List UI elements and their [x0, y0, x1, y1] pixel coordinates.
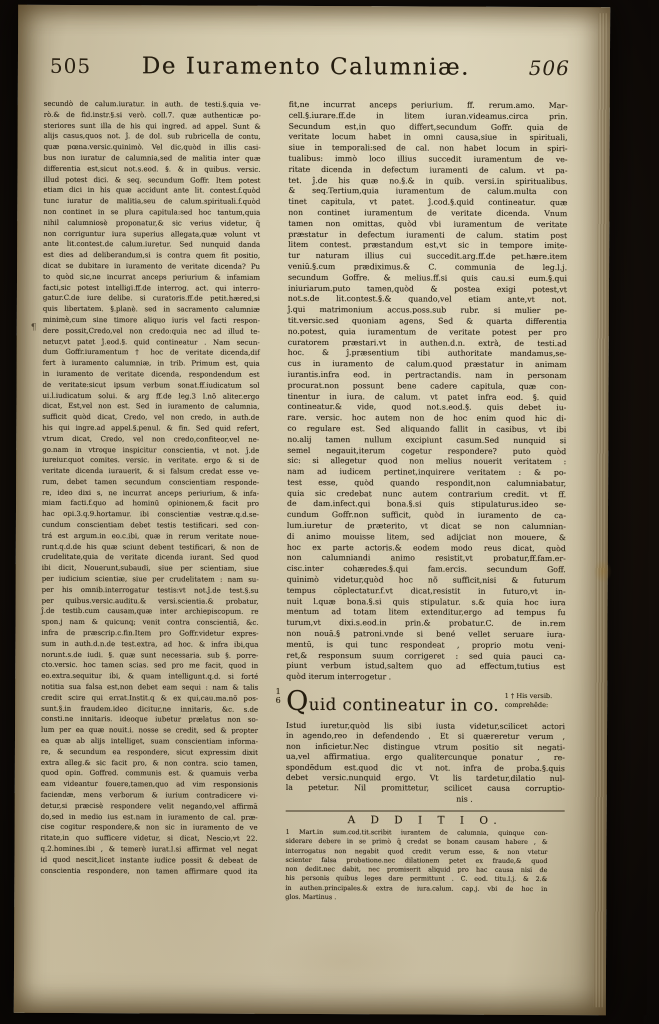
- right-text-column: fit,ne incurrat anceps periurium. ff. re…: [285, 100, 567, 903]
- text-line: tempus cōplectatur.f.vt dicat,resistit i…: [287, 586, 566, 598]
- text-line: rum, debet tamen secundum conscientiam r…: [42, 477, 259, 489]
- text-line: re, & secundum ea respondere, sicut expr…: [41, 747, 258, 759]
- text-line: veniū.§.cum prædiximus.& C. communia de …: [288, 262, 567, 274]
- text-line: dicat se dubitare in iuramento de verita…: [43, 261, 260, 273]
- margin-number-digit: 1: [273, 687, 283, 696]
- paragraph-closing-line: quòd iterum interrogetur .: [286, 672, 565, 684]
- text-line: no.alij tamen nullum excipiunt casum.Sed…: [287, 435, 566, 447]
- text-line: secundò de calum.iuratur. in auth. de te…: [44, 99, 261, 111]
- footnote-last-line: glos. Martinus .: [285, 893, 564, 903]
- book-page: 505 De Iuramento Calumniæ. 506 ¶ secundò…: [14, 5, 610, 1016]
- section-heading: Quid contineatur in co.: [286, 687, 499, 721]
- section-body: Istud iuretur,quòd lis sibi iusta videtu…: [286, 721, 565, 805]
- text-line: infra de præscrip.c.fin.Item pro Goffr.v…: [41, 628, 258, 640]
- footnote-line: his personis quibus leges dare permittun…: [285, 874, 547, 884]
- text-line: tamen non omittas, quòd vbi iuramentum d…: [288, 219, 567, 231]
- text-line: q.2.homines.ibi , & temerè iurat.l.si af…: [40, 844, 257, 856]
- text-line: in iuramento de veritate dicenda, respon…: [43, 369, 260, 381]
- footnote-divider-rule: [286, 811, 565, 812]
- text-line: mentū, is qui tunc respondeat , proprio …: [286, 640, 565, 652]
- text-line: nihil calumniosè proponatur,& sic verius…: [43, 218, 260, 230]
- text-line: sufficit quòd dicat, Credo, vel non cred…: [42, 412, 259, 424]
- text-line: notitia sua falsa est,non debet eam sequ…: [41, 682, 258, 694]
- hyphenated-line-end: nis .: [286, 794, 565, 806]
- text-line: test esse, quòd quando respondit,non cal…: [287, 478, 566, 490]
- section-margin-number: 1 6: [273, 687, 283, 705]
- text-line: non continet in se plura capitula:sed ho…: [43, 207, 260, 219]
- text-line: ritate dicenda in defectum iuramenti de …: [288, 165, 567, 177]
- text-line: detur,si præcisè respondere velit negand…: [41, 801, 258, 813]
- left-text-column: secundò de calum.iuratur. in auth. de te…: [40, 99, 260, 877]
- margin-pilcrow-mark: ¶: [31, 323, 37, 333]
- text-line: cell.§.iurare.ff.de in litem iuran.videa…: [289, 111, 568, 123]
- text-line: de veritate:sicut ipsum verbum sonat.ff.…: [43, 380, 260, 392]
- text-line: sum in auth.d.n.de test.extra, ad hoc. &…: [41, 639, 258, 651]
- page-number-left: 505: [42, 54, 122, 78]
- text-line: faciendæ, mens verborum & iurium contrad…: [41, 790, 258, 802]
- heading-sidenote: 1 † His versib. comprehẽde:: [502, 688, 553, 710]
- text-line: rò.& de fid.instr.§.si verò. coll.7. quæ…: [44, 110, 261, 122]
- text-line: secundum Goffre. & melius.ff.si quis cau…: [288, 273, 567, 285]
- text-line: vtrum dicat, Credo, vel non credo,confit…: [42, 434, 259, 446]
- text-line: ua,vel affirmatiua. ergo qualitercunque …: [286, 752, 565, 764]
- additio-footnote-block: A D D I T I O. 1 Mart.in sum.cod.tit.scr…: [285, 810, 564, 903]
- text-line: his qui ingre.ad appel.§.penul. & fin. S…: [42, 423, 259, 435]
- foxing-stain: [594, 559, 612, 583]
- text-line: dere possit,Credo,vel non credo:quia nec…: [43, 326, 260, 338]
- page-edge-texture: [594, 13, 607, 1007]
- text-line: ea quæ ab alijs intelliget, suam conscie…: [41, 736, 258, 748]
- margin-number-digit: 6: [273, 696, 283, 705]
- text-line: to quòd sic,ne incurrat anceps periurium…: [43, 272, 260, 284]
- text-line: veritate dicenda iurauerit, & si falsum …: [42, 466, 259, 478]
- text-line: iurantis.infra eod. in pertractandis. na…: [288, 370, 567, 382]
- text-line: quis libertatem. §.planè. sed in sacrame…: [43, 304, 260, 316]
- page-header: 505 De Iuramento Calumniæ. 506: [42, 53, 570, 95]
- running-title: De Iuramento Calumniæ.: [122, 53, 490, 81]
- section-heading-row: 1 6 Quid contineatur in co. 1 † His vers…: [286, 687, 565, 720]
- text-line: trá est argum.in eo.c.ibi, quæ in rerum …: [42, 531, 259, 543]
- text-line: tit.versic.sed quoniam agens, Sed & quar…: [288, 316, 567, 328]
- text-line: per iudicium scientiæ, siue per crudelit…: [42, 574, 259, 586]
- text-line: procurat.non possunt bene cadere capitul…: [288, 381, 567, 393]
- additio-header: A D D I T I O.: [286, 814, 565, 827]
- text-line: per his omnib.interrogatur testis:vt not…: [42, 585, 259, 597]
- text-line: fert à iuramento calumniæ, in trib. Prim…: [43, 358, 260, 370]
- text-line: di animo mouisse litem, sed adijciat non…: [287, 532, 566, 544]
- text-line: minimè,cum sine timore aliquo iuris vel …: [43, 315, 260, 327]
- text-line: bus non iuratur de calumnia,sed de malit…: [44, 153, 261, 165]
- text-line: conscientia respondere, non tamen affirm…: [40, 865, 257, 877]
- page-number-right: 506: [490, 56, 570, 80]
- text-line: co regulare est. Sed aliquando fallit in…: [287, 424, 566, 436]
- text-line: credit scire qui errat.Instit.q & ex qui…: [41, 693, 258, 705]
- text-line: differentia est,sicut not.s.eod. §. & in…: [43, 164, 260, 176]
- text-line: cundum conscientiam debet testis testifi…: [42, 520, 259, 532]
- paper-mottling: [264, 926, 424, 997]
- text-line: no.potest, quia iuramentum de veritate p…: [288, 327, 567, 339]
- sidenote-line: comprehẽde:: [505, 701, 553, 710]
- sidenote-line: 1 † His versib.: [505, 692, 553, 701]
- text-line: la petetur. Nil promittetur, scilicet ca…: [286, 783, 565, 795]
- text-line: id quod nescit,licet instante iudice pos…: [40, 855, 257, 867]
